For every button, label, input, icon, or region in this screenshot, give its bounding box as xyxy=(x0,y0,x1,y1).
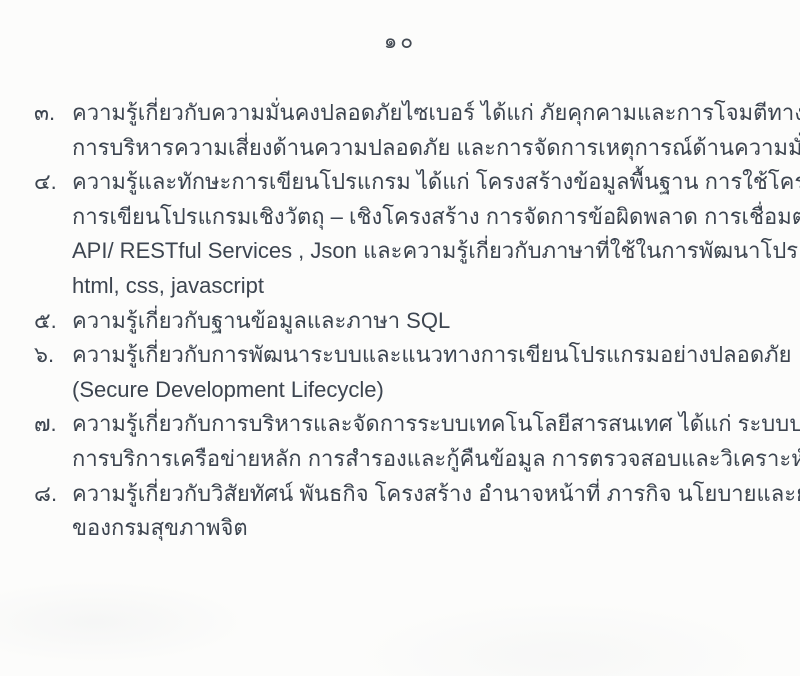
item-text-line: ความรู้เกี่ยวกับฐานข้อมูลและภาษา SQL xyxy=(72,304,794,339)
item-text-line: ความรู้เกี่ยวกับความมั่นคงปลอดภัยไซเบอร์… xyxy=(72,96,794,131)
item-text: ความรู้เกี่ยวกับการบริหารและจัดการระบบเท… xyxy=(72,407,794,476)
item-text: ความรู้เกี่ยวกับฐานข้อมูลและภาษา SQL xyxy=(72,304,794,339)
list-item: ๗. ความรู้เกี่ยวกับการบริหารและจัดการระบ… xyxy=(34,407,794,476)
item-text-line: ความรู้เกี่ยวกับการบริหารและจัดการระบบเท… xyxy=(72,407,794,442)
item-text-line: ความรู้และทักษะการเขียนโปรแกรม ได้แก่ โค… xyxy=(72,165,794,200)
list-item: ๕. ความรู้เกี่ยวกับฐานข้อมูลและภาษา SQL xyxy=(34,304,794,339)
item-text-line: การบริการเครือข่ายหลัก การสำรองและกู้คืน… xyxy=(72,442,794,477)
list-item: ๔. ความรู้และทักษะการเขียนโปรแกรม ได้แก่… xyxy=(34,165,794,303)
item-text-line: ของกรมสุขภาพจิต xyxy=(72,511,794,546)
list-item: ๘. ความรู้เกี่ยวกับวิสัยทัศน์ พันธกิจ โค… xyxy=(34,477,794,546)
page-number: ๑๐ xyxy=(0,27,800,57)
document-page: ๑๐ ๓. ความรู้เกี่ยวกับความมั่นคงปลอดภัยไ… xyxy=(0,0,800,676)
item-number: ๗. xyxy=(34,407,72,442)
item-text-line: API/ RESTful Services , Json และความรู้เ… xyxy=(72,234,794,269)
item-text-line: การเขียนโปรแกรมเชิงวัตถุ – เชิงโครงสร้าง… xyxy=(72,200,794,235)
item-text-line: (Secure Development Lifecycle) xyxy=(72,373,794,408)
content-list: ๓. ความรู้เกี่ยวกับความมั่นคงปลอดภัยไซเบ… xyxy=(34,96,794,546)
item-number: ๓. xyxy=(34,96,72,131)
item-text: ความรู้เกี่ยวกับความมั่นคงปลอดภัยไซเบอร์… xyxy=(72,96,794,165)
item-number: ๕. xyxy=(34,304,72,339)
item-text-line: html, css, javascript xyxy=(72,269,794,304)
item-number: ๖. xyxy=(34,338,72,373)
item-number: ๔. xyxy=(34,165,72,200)
item-text: ความรู้เกี่ยวกับการพัฒนาระบบและแนวทางการ… xyxy=(72,338,794,407)
item-number: ๘. xyxy=(34,477,72,512)
item-text-line: การบริหารความเสี่ยงด้านความปลอดภัย และกา… xyxy=(72,131,794,166)
item-text: ความรู้เกี่ยวกับวิสัยทัศน์ พันธกิจ โครงส… xyxy=(72,477,794,546)
list-item: ๓. ความรู้เกี่ยวกับความมั่นคงปลอดภัยไซเบ… xyxy=(34,96,794,165)
item-text: ความรู้และทักษะการเขียนโปรแกรม ได้แก่ โค… xyxy=(72,165,794,303)
list-item: ๖. ความรู้เกี่ยวกับการพัฒนาระบบและแนวทาง… xyxy=(34,338,794,407)
item-text-line: ความรู้เกี่ยวกับการพัฒนาระบบและแนวทางการ… xyxy=(72,338,794,373)
item-text-line: ความรู้เกี่ยวกับวิสัยทัศน์ พันธกิจ โครงส… xyxy=(72,477,794,512)
